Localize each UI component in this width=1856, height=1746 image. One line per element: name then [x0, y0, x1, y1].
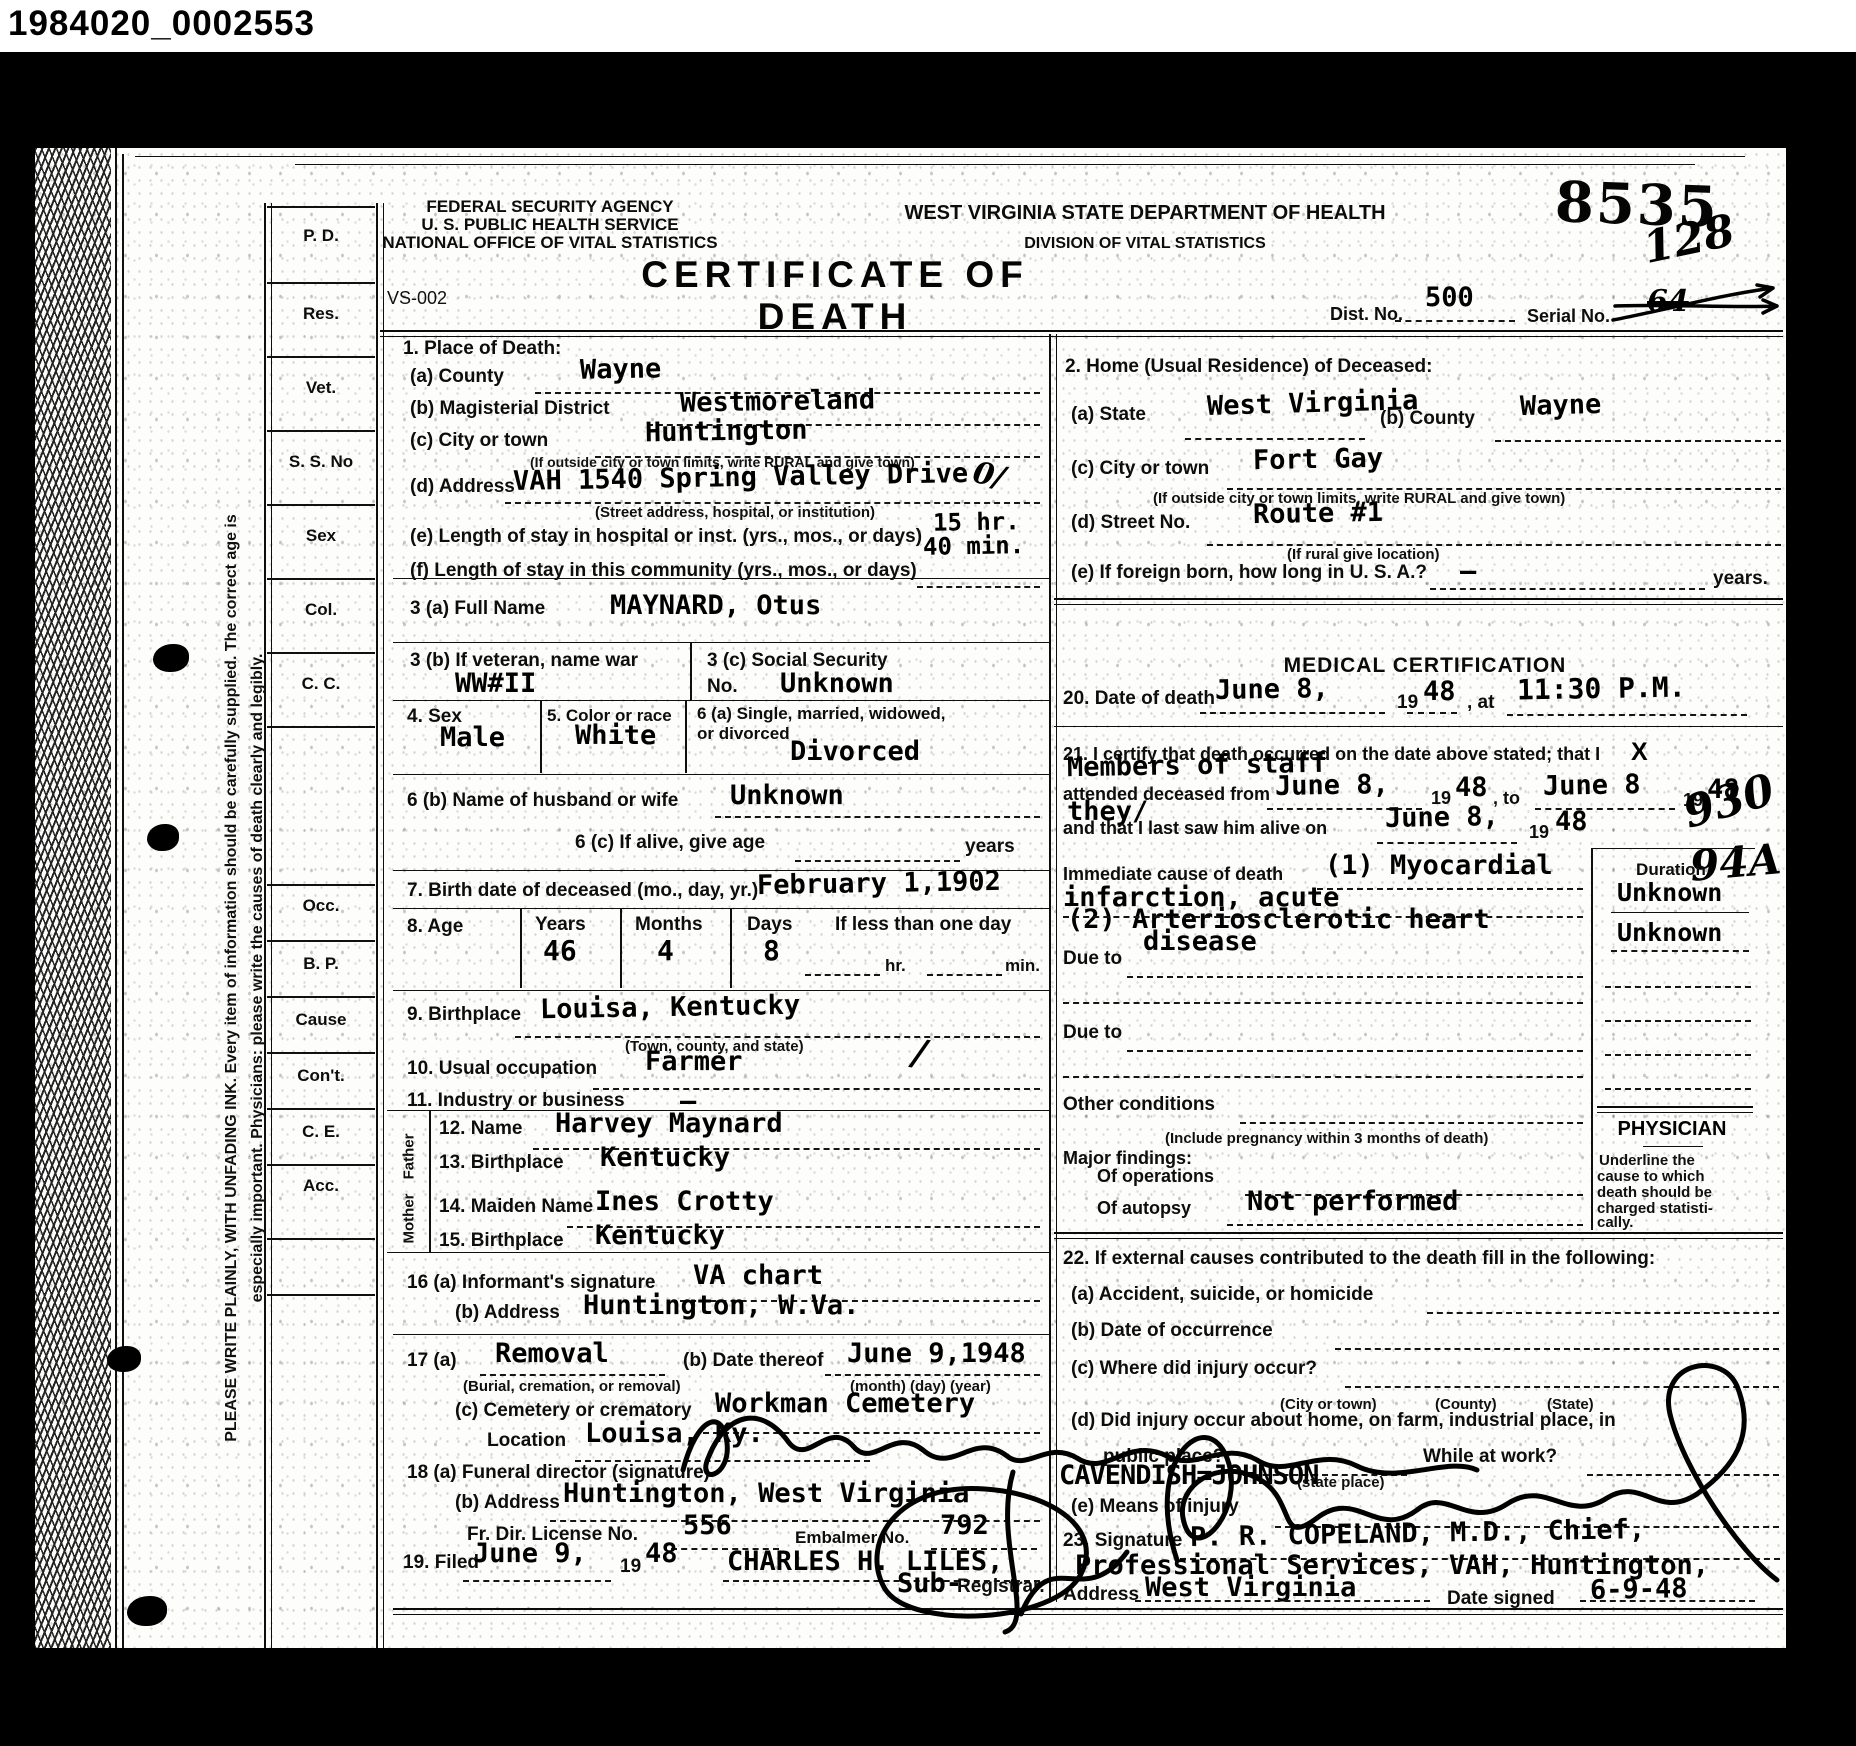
- cause-value-1: (1) Myocardial: [1325, 850, 1553, 881]
- s5-value: White: [575, 720, 656, 751]
- tab-separator: [267, 578, 375, 580]
- ink-blob: [153, 644, 189, 672]
- s20-year-typed: 48: [1423, 676, 1456, 707]
- s13-value: Kentucky: [600, 1142, 730, 1173]
- tab-sex: Sex: [271, 526, 371, 546]
- s6b-line: [715, 816, 1040, 818]
- form-number: VS-002: [387, 288, 447, 309]
- s4-value: Male: [440, 722, 505, 753]
- rule: [1054, 726, 1783, 727]
- s1d-note: (Street address, hospital, or institutio…: [595, 504, 875, 521]
- scan-id-strip: 1984020_0002553: [0, 0, 1856, 52]
- s8-min-label: min.: [1005, 956, 1040, 976]
- agency-line-2: U. S. PUBLIC HEALTH SERVICE: [335, 216, 765, 234]
- s3c-value: Unknown: [780, 668, 894, 699]
- agency-line-1: FEDERAL SECURITY AGENCY: [335, 198, 765, 216]
- autopsy-label: Of autopsy: [1097, 1198, 1191, 1219]
- s1b-label: (b) Magisterial District: [410, 398, 610, 420]
- tab-cause: Cause: [271, 1010, 371, 1030]
- tab-ce: C. E.: [271, 1122, 371, 1142]
- page-stack-edge: [35, 148, 111, 1648]
- dept-line-2: DIVISION OF VITAL STATISTICS: [830, 235, 1460, 253]
- s6a-label-2: or divorced: [697, 724, 790, 744]
- s17a-note: (Burial, cremation, or removal): [463, 1378, 681, 1395]
- other-conditions-line: [1240, 1122, 1583, 1124]
- s8-days-label: Days: [747, 914, 792, 936]
- agency-line-3: NATIONAL OFFICE OF VITAL STATISTICS: [335, 234, 765, 252]
- s2e-line: [1430, 588, 1705, 590]
- s21-alive-line: [1377, 842, 1517, 844]
- rule: [393, 578, 1049, 579]
- rule: [393, 642, 1049, 643]
- cause-value-3: (2) Arteriosclerotic heart: [1067, 904, 1490, 935]
- department-block: WEST VIRGINIA STATE DEPARTMENT OF HEALTH…: [830, 202, 1460, 253]
- s17-location-label: Location: [487, 1430, 566, 1452]
- autopsy-value: Not performed: [1247, 1186, 1458, 1217]
- s20-year-printed: 19: [1397, 692, 1418, 714]
- duration-blank-line: [1605, 1088, 1751, 1090]
- s21-from-value: June 8,: [1275, 769, 1389, 802]
- s6a-label: 6 (a) Single, married, widowed,: [697, 704, 945, 724]
- sidebar-top-rule: [1591, 848, 1755, 849]
- s20-at-label: , at: [1467, 692, 1494, 714]
- s15-label: 15. Birthplace: [439, 1230, 564, 1252]
- tab-separator: [267, 1238, 375, 1240]
- ink-blob: [147, 824, 179, 851]
- due-to-line-1: [1127, 976, 1583, 978]
- s20-time-value: 11:30 P.M.: [1517, 671, 1686, 707]
- s10-label: 10. Usual occupation: [407, 1058, 597, 1080]
- s17b-label: (b) Date thereof: [683, 1350, 823, 1372]
- s22-title: 22. If external causes contributed to th…: [1063, 1248, 1655, 1270]
- handwritten-930: 930: [1678, 764, 1780, 838]
- s20-label: 20. Date of death: [1063, 688, 1215, 710]
- physician-signature: [1095, 1308, 1795, 1608]
- s6c-suffix: years: [965, 836, 1015, 858]
- s13-label: 13. Birthplace: [439, 1152, 564, 1174]
- duration-value-2: Unknown: [1617, 918, 1722, 947]
- rule: [1054, 1232, 1783, 1239]
- s1c-label: (c) City or town: [410, 430, 548, 452]
- s16b-label: (b) Address: [455, 1302, 560, 1324]
- tab-separator: [267, 940, 375, 942]
- tab-separator: [267, 1052, 375, 1054]
- tab-separator: [267, 1294, 375, 1296]
- autopsy-line: [1227, 1224, 1583, 1226]
- page-edge-line: [115, 148, 117, 1648]
- physician-note-2: cause to which: [1597, 1168, 1705, 1185]
- pregnancy-note: (Include pregnancy within 3 months of de…: [1165, 1130, 1488, 1147]
- rule: [393, 908, 1049, 909]
- father-label: Father: [401, 1122, 418, 1192]
- s17b-value: June 9,1948: [847, 1338, 1026, 1369]
- s21-alive-label: and that I last saw him alive on: [1063, 818, 1327, 839]
- form-left-rule: [376, 203, 384, 1648]
- s6c-label: 6 (c) If alive, give age: [575, 832, 765, 854]
- tab-bp: B. P.: [271, 954, 371, 974]
- s20-time-line: [1507, 714, 1747, 716]
- dist-no-label: Dist. No.: [1330, 304, 1403, 325]
- family-divider: [429, 1110, 431, 1252]
- s9-value: Louisa, Kentucky: [540, 990, 801, 1026]
- s20-value: June 8,: [1215, 673, 1329, 706]
- s19-line: [463, 1580, 611, 1582]
- physician-title: PHYSICIAN: [1591, 1118, 1753, 1141]
- physician-title-underline: [1643, 1146, 1703, 1147]
- s2b-label: (b) County: [1380, 408, 1475, 430]
- duration-blank-line: [1605, 1020, 1751, 1022]
- physician-note-1: Underline the: [1599, 1152, 1695, 1169]
- s21-alive-year-printed: 19: [1529, 822, 1549, 843]
- s19-label: 19. Filed: [403, 1552, 479, 1574]
- tab-occ: Occ.: [271, 896, 371, 916]
- s12-value: Harvey Maynard: [555, 1108, 783, 1139]
- duration-title: Duration: [1591, 860, 1751, 880]
- s2d-note: (If rural give location): [1287, 546, 1440, 563]
- cause-value-4: disease: [1143, 926, 1257, 957]
- s2d-value: Route #1: [1253, 497, 1384, 530]
- page-top-edge: [135, 156, 1745, 157]
- s9-label: 9. Birthplace: [407, 1004, 521, 1026]
- scanned-document: { "scan": { "id_label": "1984020_0002553…: [0, 0, 1856, 1746]
- s17a-line: [480, 1374, 665, 1376]
- s6c-line: [795, 860, 960, 862]
- s1c-value: Huntington: [645, 415, 808, 449]
- s17a-value: Removal: [495, 1338, 609, 1369]
- serial-strike-marks: [1605, 280, 1805, 332]
- s1e-value-min: 40 min.: [923, 531, 1025, 561]
- duration-underline-1: [1611, 912, 1749, 913]
- s8-years-label: Years: [535, 914, 586, 936]
- tab-separator: [267, 282, 375, 284]
- blank-line-1: [1063, 1002, 1583, 1004]
- cell-divider: [540, 700, 542, 773]
- tab-separator: [267, 430, 375, 432]
- rule: [393, 1334, 1049, 1335]
- s19-year-typed: 48: [645, 1538, 678, 1569]
- s2e-suffix: years.: [1713, 568, 1768, 590]
- s2e-value: —: [1460, 556, 1476, 587]
- rule: [387, 1252, 1049, 1253]
- s19-year-printed: 19: [620, 1556, 641, 1578]
- cause-line-1: [1317, 888, 1583, 890]
- s6b-label: 6 (b) Name of husband or wife: [407, 790, 678, 812]
- sidebar-divider: [1591, 848, 1593, 1230]
- s8-min-line: [927, 974, 1002, 976]
- s2a-label: (a) State: [1071, 404, 1146, 426]
- s8-months-label: Months: [635, 914, 703, 936]
- s3b-value: WW#II: [455, 668, 536, 699]
- s3a-label: 3 (a) Full Name: [410, 598, 545, 620]
- blank-line-2: [1063, 1076, 1583, 1078]
- s8-years-value: 46: [543, 934, 577, 967]
- physician-note-5: cally.: [1597, 1214, 1633, 1231]
- cell-divider: [685, 700, 687, 773]
- s7-value: February 1,1902: [757, 866, 1001, 901]
- s1b-value: Westmoreland: [680, 384, 876, 418]
- s2a-line: [1185, 438, 1365, 440]
- tab-column-left-rule: [264, 203, 272, 1648]
- dist-no-value: 500: [1425, 282, 1474, 313]
- rule: [1054, 598, 1783, 605]
- tab-separator: [267, 884, 375, 886]
- rule: [393, 700, 1049, 701]
- tab-separator: [267, 1164, 375, 1166]
- s19-date-value: June 9,: [473, 1538, 587, 1569]
- agency-block: FEDERAL SECURITY AGENCY U. S. PUBLIC HEA…: [335, 198, 765, 252]
- duration-underline-2: [1611, 950, 1749, 952]
- tab-separator: [267, 996, 375, 998]
- tab-cont: Con't.: [271, 1066, 371, 1086]
- operations-label: Of operations: [1097, 1166, 1214, 1187]
- tab-res: Res.: [271, 304, 371, 324]
- s8-hr-label: hr.: [885, 956, 906, 976]
- tab-separator: [267, 652, 375, 654]
- s22a-label: (a) Accident, suicide, or homicide: [1071, 1284, 1373, 1306]
- s21-from-year-typed: 48: [1455, 772, 1488, 803]
- s14-value: Ines Crotty: [595, 1186, 774, 1217]
- s1d-label: (d) Address: [410, 476, 515, 498]
- s2-title: 2. Home (Usual Residence) of Deceased:: [1065, 356, 1432, 378]
- s1e-label: (e) Length of stay in hospital or inst. …: [410, 526, 922, 548]
- physician-note-3: death should be: [1597, 1184, 1712, 1201]
- tab-separator: [267, 726, 375, 728]
- s18-license-value: 556: [683, 1510, 732, 1541]
- s6a-value: Divorced: [790, 736, 920, 767]
- rule: [393, 774, 1049, 775]
- scan-id-label: 1984020_0002553: [8, 4, 315, 44]
- s2b-line: [1495, 440, 1781, 442]
- s1-title: 1. Place of Death:: [403, 338, 561, 360]
- s21-to-value: June 8: [1543, 769, 1641, 802]
- cell-divider: [520, 908, 522, 988]
- page-edge-line: [122, 154, 124, 1648]
- s1d-handwritten-mark: 0/: [970, 455, 1008, 496]
- s18b-label: (b) Address: [455, 1492, 560, 1514]
- s2c-label: (c) City or town: [1071, 458, 1209, 480]
- s15-value: Kentucky: [595, 1220, 725, 1251]
- s8-label: 8. Age: [407, 916, 463, 938]
- certificate-title: CERTIFICATE OF DEATH: [595, 254, 1075, 338]
- cell-divider: [730, 908, 732, 988]
- serial-no-label: Serial No.: [1527, 306, 1610, 327]
- s2e-label: (e) If foreign born, how long in U. S. A…: [1071, 562, 1427, 584]
- due-to-label-2: Due to: [1063, 1022, 1122, 1044]
- s8-less-label: If less than one day: [835, 914, 1011, 936]
- margin-bold-note: PLEASE WRITE PLAINLY, WITH UNFADING INK.: [223, 1078, 240, 1442]
- due-to-label-1: Due to: [1063, 948, 1122, 970]
- duration-blank-line: [1605, 986, 1751, 988]
- s2d-label: (d) Street No.: [1071, 512, 1190, 534]
- s16a-value: VA chart: [693, 1260, 823, 1291]
- s2c-value: Fort Gay: [1253, 443, 1384, 476]
- s6b-value: Unknown: [730, 780, 844, 811]
- mother-label: Mother: [401, 1184, 418, 1254]
- ink-blob: [127, 1596, 167, 1626]
- s2b-value: Wayne: [1520, 389, 1602, 422]
- ink-blob: [107, 1346, 141, 1372]
- certificate-page: PLEASE WRITE PLAINLY, WITH UNFADING INK.…: [35, 148, 1786, 1648]
- cell-divider: [620, 908, 622, 988]
- physician-box-rule: [1597, 1106, 1753, 1113]
- s3c-no-label: No.: [707, 676, 738, 698]
- tab-cc: C. C.: [271, 674, 371, 694]
- s21-overstrike-x: X: [1631, 738, 1648, 767]
- s21-alive-year-typed: 48: [1555, 806, 1588, 837]
- s8-months-value: 4: [657, 934, 674, 967]
- cell-divider: [690, 642, 692, 700]
- s20-line: [1200, 712, 1385, 714]
- s12-label: 12. Name: [439, 1118, 522, 1140]
- s16b-value: Huntington, W.Va.: [583, 1290, 859, 1321]
- tab-acc: Acc.: [271, 1176, 371, 1196]
- dist-no-line: [1395, 320, 1515, 322]
- s1a-value: Wayne: [580, 353, 662, 385]
- dept-line-1: WEST VIRGINIA STATE DEPARTMENT OF HEALTH: [830, 202, 1460, 225]
- s20-year-line: [1407, 712, 1457, 714]
- s8-hr-line: [805, 974, 880, 976]
- header-rule: [380, 330, 1783, 337]
- s10-value: Farmer: [645, 1046, 743, 1077]
- due-to-line-2: [1127, 1050, 1583, 1052]
- s17-number: 17 (a): [407, 1350, 457, 1372]
- s7-label: 7. Birth date of deceased (mo., day, yr.…: [407, 880, 758, 902]
- s21-alive-value: June 8,: [1385, 801, 1499, 834]
- duration-blank-line: [1605, 1054, 1751, 1056]
- tab-ssno: S. S. No: [271, 452, 371, 472]
- cause-line-2: [1063, 916, 1583, 918]
- tab-separator: [267, 1108, 375, 1110]
- s10-line: [593, 1088, 1040, 1090]
- s14-label: 14. Maiden Name: [439, 1196, 593, 1218]
- s3a-value: MAYNARD, Otus: [610, 590, 821, 621]
- tab-vet: Vet.: [271, 378, 371, 398]
- duration-value-1: Unknown: [1617, 878, 1722, 907]
- s8-days-value: 8: [763, 934, 780, 967]
- tab-separator: [267, 504, 375, 506]
- s17b-line: [825, 1374, 1040, 1376]
- page-top-edge: [295, 164, 1695, 165]
- s1a-label: (a) County: [410, 366, 504, 388]
- s1d-value: VAH 1540 Spring Valley Drive: [513, 458, 969, 497]
- s1f-line: [917, 586, 1040, 588]
- tab-separator: [267, 356, 375, 358]
- other-conditions-label: Other conditions: [1063, 1094, 1215, 1116]
- tab-col: Col.: [271, 600, 371, 620]
- margin-note-1: Every item of information should be care…: [223, 514, 240, 1078]
